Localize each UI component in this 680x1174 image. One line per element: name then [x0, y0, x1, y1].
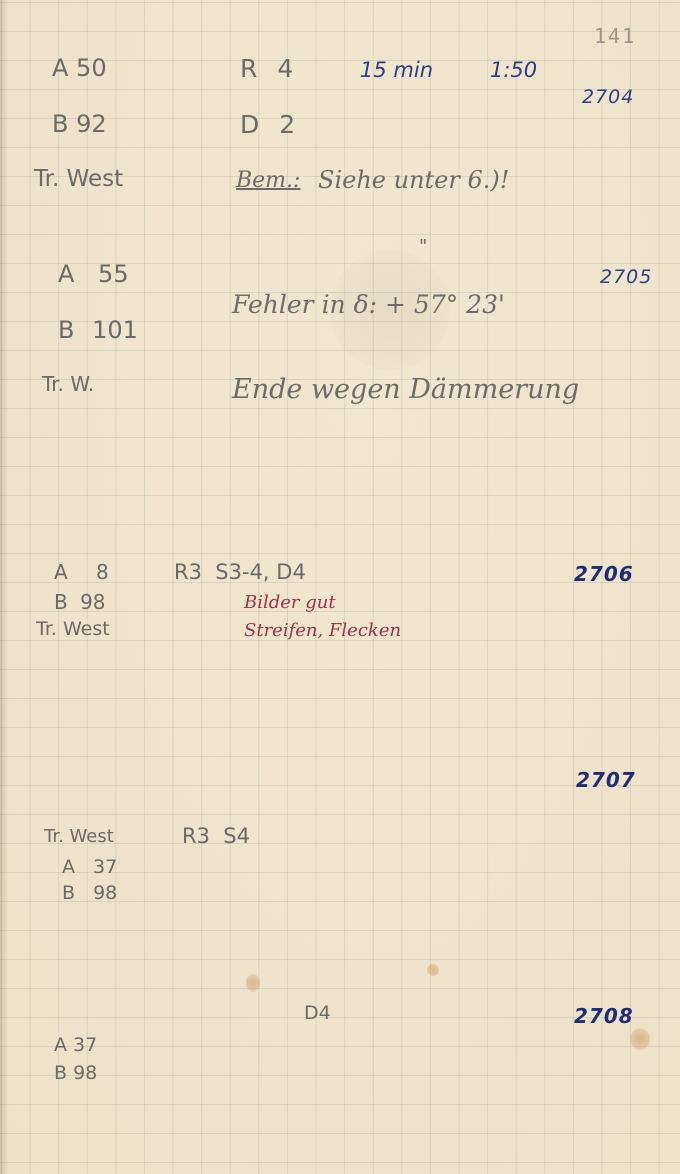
entry-left-b: B 92	[52, 112, 107, 136]
plate-number: 2707	[576, 770, 636, 790]
entry-left-a: A 37	[54, 1036, 97, 1055]
stain	[246, 974, 260, 992]
remark-text: Siehe unter 6.)!	[318, 168, 509, 192]
entry-time: 1:50	[490, 60, 537, 81]
stain	[630, 1028, 650, 1050]
ditto-mark: "	[419, 238, 427, 256]
entry-setting-d: D 2	[240, 112, 295, 137]
entry-left-b: B 98	[54, 592, 106, 612]
entry-red-note: Streifen, Flecken	[244, 622, 401, 640]
entry-note: Fehler in δ: + 57° 23'	[232, 292, 505, 317]
entry-left-a: A 37	[62, 858, 117, 877]
entry-left-tr: Tr. West	[44, 828, 114, 846]
entry-left-a: A 50	[52, 56, 107, 80]
entry-left-b: B 98	[54, 1064, 97, 1083]
entry-left-tr: Tr. W.	[42, 374, 94, 394]
entry-left-b: B 101	[58, 318, 138, 342]
entry-red-note: Bilder gut	[244, 594, 336, 612]
plate-number: 2704	[582, 88, 634, 107]
entry-exposure: 15 min	[360, 60, 433, 81]
entry-left-b: B 98	[62, 884, 117, 903]
remark-label: Bem.:	[236, 170, 300, 192]
page-binding-edge	[0, 0, 8, 1174]
entry-setting-r: R 4	[240, 56, 293, 81]
entry-settings: R3 S4	[182, 826, 250, 847]
notebook-page: 141 A 50 B 92 Tr. West R 4 D 2 15 min 1:…	[0, 0, 680, 1174]
entry-note: Ende wegen Dämmerung	[232, 376, 579, 403]
plate-number: 2708	[574, 1006, 634, 1026]
plate-number: 2705	[600, 268, 652, 287]
page-number: 141	[594, 26, 636, 46]
entry-settings: D4	[304, 1004, 331, 1023]
plate-number: 2706	[574, 564, 634, 584]
entry-left-a: A 8	[54, 562, 109, 582]
entry-left-tr: Tr. West	[36, 620, 110, 639]
stain	[427, 964, 439, 976]
entry-left-a: A 55	[58, 262, 129, 286]
entry-left-tr: Tr. West	[34, 168, 123, 191]
entry-settings: R3 S3-4, D4	[174, 562, 306, 583]
